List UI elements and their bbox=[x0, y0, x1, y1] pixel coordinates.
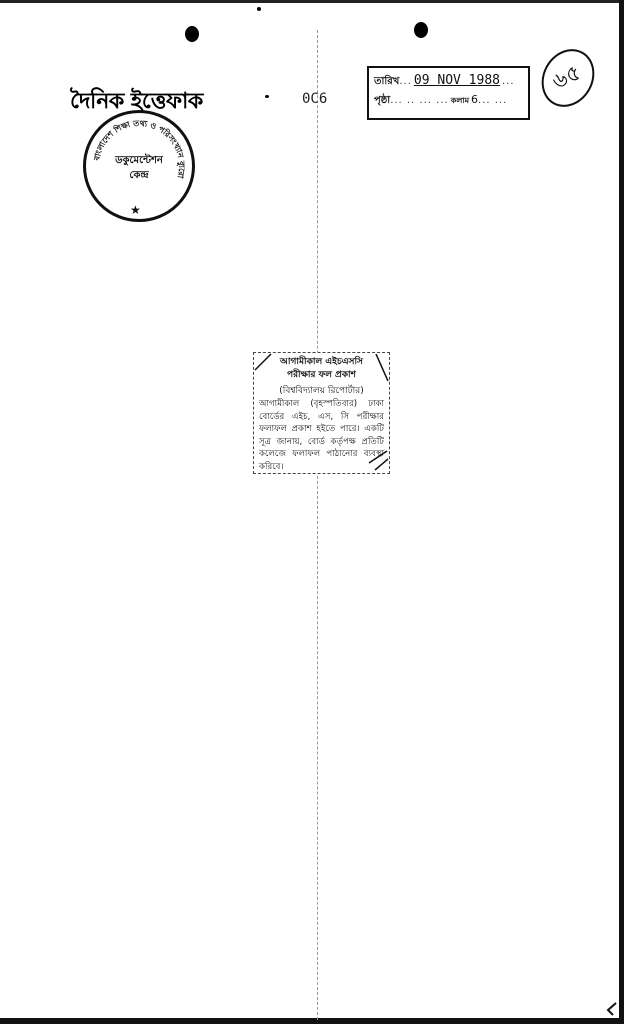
headline-line-2: পরীক্ষার ফল প্রকাশ bbox=[259, 369, 384, 382]
dots: ... bbox=[399, 73, 412, 91]
clipping-body: আগামীকাল (বৃহস্পতিবার) ঢাকা বোর্ডের এইচ,… bbox=[259, 398, 384, 473]
seal-center-line-2: কেন্দ্র bbox=[86, 168, 192, 183]
date-row: তারিখ ... 09 NOV 1988 ... bbox=[374, 72, 523, 91]
speck bbox=[265, 95, 269, 98]
seal-center-text: ডকুমেন্টেশন কেন্দ্র bbox=[86, 153, 192, 183]
speck bbox=[257, 7, 261, 11]
clipping-byline: (বিশ্ববিদ্যালয় রিপোর্টার) bbox=[259, 385, 384, 398]
dots: ... .. ... ... bbox=[390, 92, 449, 110]
newspaper-clipping: আগামীকাল এইচএসসি পরীক্ষার ফল প্রকাশ (বিশ… bbox=[253, 352, 390, 474]
scan-edge-top bbox=[0, 0, 624, 3]
page-corner-mark bbox=[606, 1002, 618, 1016]
reference-code: 0C6 bbox=[302, 91, 327, 107]
clip-corner-mark bbox=[367, 449, 389, 471]
clip-corner-mark bbox=[375, 353, 389, 383]
star-icon: ★ bbox=[130, 203, 141, 217]
center-fold-line bbox=[317, 30, 318, 1020]
clip-corner-mark bbox=[254, 353, 272, 371]
scan-edge-bottom bbox=[0, 1018, 624, 1024]
date-stamp: তারিখ ... 09 NOV 1988 ... পৃষ্ঠা ... .. … bbox=[367, 66, 530, 120]
dots: ... ... bbox=[478, 92, 507, 110]
column-label: কলাম bbox=[451, 92, 469, 110]
date-value: 09 NOV 1988 bbox=[414, 72, 500, 90]
column-value: 6 bbox=[471, 91, 478, 109]
page-label: পৃষ্ঠা bbox=[374, 92, 390, 110]
punch-hole-left bbox=[185, 26, 199, 42]
punch-hole-right bbox=[414, 22, 428, 38]
date-label: তারিখ bbox=[374, 73, 399, 91]
seal-center-line-1: ডকুমেন্টেশন bbox=[86, 153, 192, 168]
scanned-page: দৈনিক ইত্তেফাক বাংলাদেশ শিক্ষা তথ্য ও পর… bbox=[0, 0, 624, 1024]
page-row: পৃষ্ঠা ... .. ... ... কলাম 6 ... ... bbox=[374, 91, 523, 110]
library-seal: বাংলাদেশ শিক্ষা তথ্য ও পরিসংখ্যান ব্যুরো… bbox=[83, 110, 195, 222]
dots: ... bbox=[502, 73, 515, 91]
clipping-headline: আগামীকাল এইচএসসি পরীক্ষার ফল প্রকাশ bbox=[259, 356, 384, 382]
scan-edge-right bbox=[619, 0, 624, 1024]
headline-line-1: আগামীকাল এইচএসসি bbox=[259, 356, 384, 369]
